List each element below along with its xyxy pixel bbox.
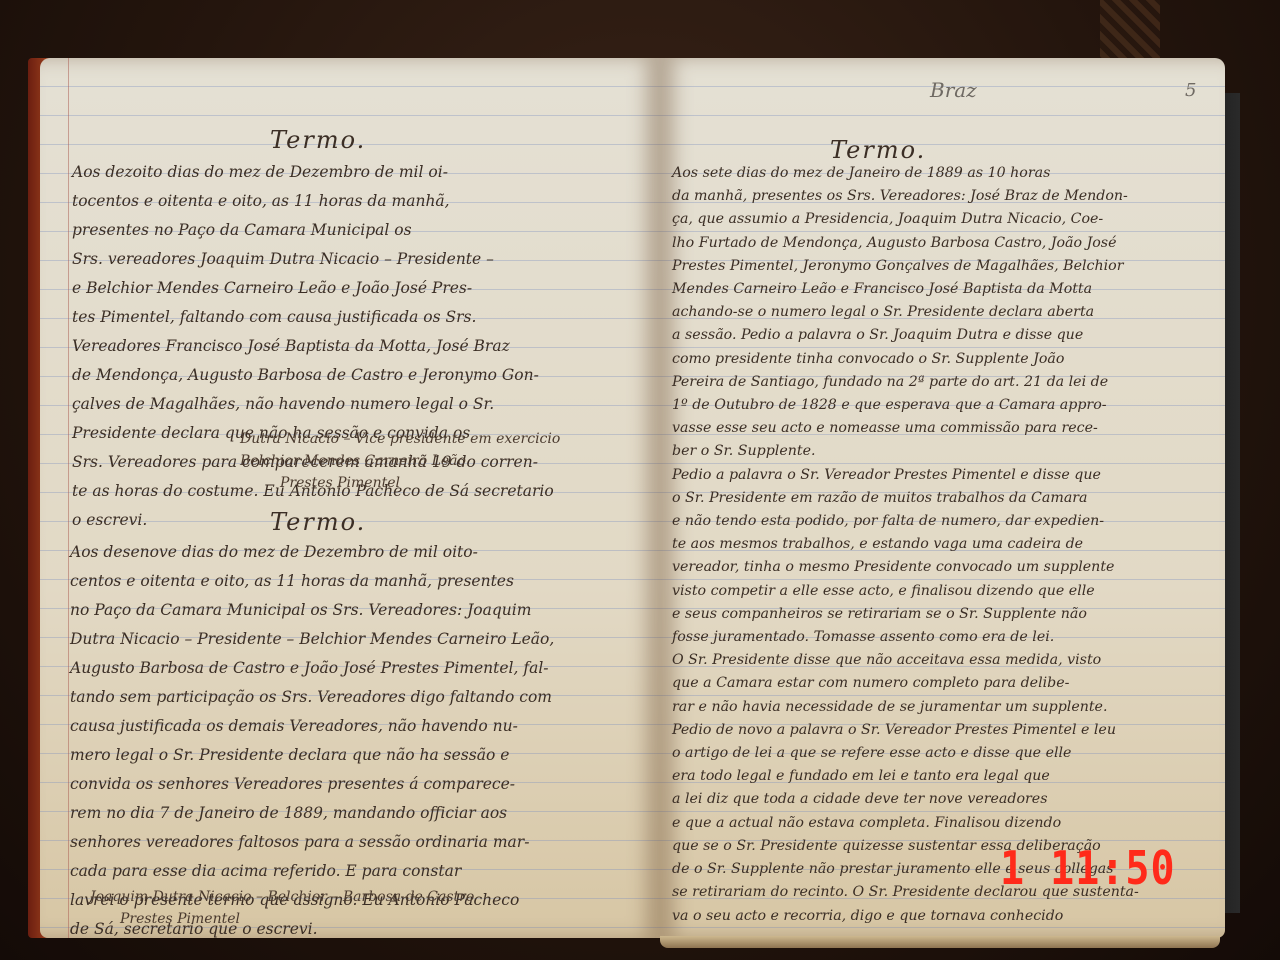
signature: Belchior Mendes Carneiro Leão <box>240 450 560 472</box>
line: fosse juramentado. Tomasse assento como … <box>672 626 1139 649</box>
line: causa justificada os demais Vereadores, … <box>70 712 554 741</box>
entry-title: Termo. <box>830 136 926 164</box>
signature: Dutra Nicacio – Vice presidente em exerc… <box>240 428 560 450</box>
line: tocentos e oitenta e oito, as 11 horas d… <box>72 187 554 216</box>
line: tes Pimentel, faltando com causa justifi… <box>72 303 554 332</box>
line: vasse esse seu acto e nomeasse uma commi… <box>672 417 1139 440</box>
line: a lei diz que toda a cidade deve ter nov… <box>672 788 1139 811</box>
pencil-note: Braz <box>930 78 977 102</box>
line: lho Furtado de Mendonça, Augusto Barbosa… <box>672 232 1139 255</box>
right-page: Braz 5 Termo. Aos sete dias do mez de Ja… <box>660 58 1225 938</box>
line: Mendes Carneiro Leão e Francisco José Ba… <box>672 278 1139 301</box>
line: centos e oitenta e oito, as 11 horas da … <box>70 567 554 596</box>
line: Dutra Nicacio – Presidente – Belchior Me… <box>70 625 554 654</box>
entry2-title: Termo. <box>270 508 366 536</box>
line: Vereadores Francisco José Baptista da Mo… <box>72 332 554 361</box>
line: o Sr. Presidente em razão de muitos trab… <box>672 487 1139 510</box>
line: da manhã, presentes os Srs. Vereadores: … <box>672 185 1139 208</box>
line: Aos sete dias do mez de Janeiro de 1889 … <box>672 162 1139 185</box>
line: Aos dezoito dias do mez de Dezembro de m… <box>72 158 554 187</box>
line: a sessão. Pedio a palavra o Sr. Joaquim … <box>672 324 1139 347</box>
line: mero legal o Sr. Presidente declara que … <box>70 741 554 770</box>
line: Pedio a palavra o Sr. Vereador Prestes P… <box>672 464 1139 487</box>
line: ça, que assumio a Presidencia, Joaquim D… <box>672 208 1139 231</box>
line: e seus companheiros se retirariam se o S… <box>672 603 1139 626</box>
entry1-title: Termo. <box>270 126 366 154</box>
page-number: 5 <box>1185 80 1196 101</box>
entry-text: Aos sete dias do mez de Janeiro de 1889 … <box>672 162 1139 928</box>
line: que a Camara estar com numero completo p… <box>672 672 1139 695</box>
line: e não tendo esta podido, por falta de nu… <box>672 510 1139 533</box>
signature: Prestes Pimentel <box>240 472 560 494</box>
line: Augusto Barbosa de Castro e João José Pr… <box>70 654 554 683</box>
line: çalves de Magalhães, não havendo numero … <box>72 390 554 419</box>
left-page: Termo. Aos dezoito dias do mez de Dezemb… <box>40 58 660 938</box>
page-stack-edge <box>660 936 1220 948</box>
line: como presidente tinha convocado o Sr. Su… <box>672 348 1139 371</box>
line: Pedio de novo a palavra o Sr. Vereador P… <box>672 719 1139 742</box>
line: O Sr. Presidente disse que não acceitava… <box>672 649 1139 672</box>
line: no Paço da Camara Municipal os Srs. Vere… <box>70 596 554 625</box>
line: te aos mesmos trabalhos, e estando vaga … <box>672 533 1139 556</box>
line: e Belchior Mendes Carneiro Leão e João J… <box>72 274 554 303</box>
signature: Joaquim Dutra Nicacio – Belchior – Barbo… <box>90 886 474 908</box>
entry2-text: Aos desenove dias do mez de Dezembro de … <box>70 538 554 938</box>
line: vereador, tinha o mesmo Presidente convo… <box>672 556 1139 579</box>
entry2-signatures: Joaquim Dutra Nicacio – Belchior – Barbo… <box>90 886 474 930</box>
line: presentes no Paço da Camara Municipal os <box>72 216 554 245</box>
line: senhores vereadores faltosos para a sess… <box>70 828 554 857</box>
line: tando sem participação os Srs. Vereadore… <box>70 683 554 712</box>
camera-timestamp-overlay: 1 11:50 <box>1000 843 1176 896</box>
line: rar e não havia necessidade de se jurame… <box>672 696 1139 719</box>
line: visto competir a elle esse acto, e final… <box>672 580 1139 603</box>
signature: Prestes Pimentel <box>90 908 474 930</box>
line: achando-se o numero legal o Sr. Presiden… <box>672 301 1139 324</box>
line: cada para esse dia acima referido. E par… <box>70 857 554 886</box>
line: ber o Sr. Supplente. <box>672 440 1139 463</box>
line: Srs. vereadores Joaquim Dutra Nicacio – … <box>72 245 554 274</box>
line: va o seu acto e recorria, digo e que tor… <box>672 905 1139 928</box>
line: rem no dia 7 de Janeiro de 1889, mandand… <box>70 799 554 828</box>
line: de Mendonça, Augusto Barbosa de Castro e… <box>72 361 554 390</box>
entry1-signatures: Dutra Nicacio – Vice presidente em exerc… <box>240 428 560 494</box>
line: Aos desenove dias do mez de Dezembro de … <box>70 538 554 567</box>
open-ledger-book: Termo. Aos dezoito dias do mez de Dezemb… <box>28 58 1228 948</box>
line: convida os senhores Vereadores presentes… <box>70 770 554 799</box>
line: Pereira de Santiago, fundado na 2ª parte… <box>672 371 1139 394</box>
line: era todo legal e fundado em lei e tanto … <box>672 765 1139 788</box>
line: Prestes Pimentel, Jeronymo Gonçalves de … <box>672 255 1139 278</box>
line: o artigo de lei a que se refere esse act… <box>672 742 1139 765</box>
line: 1º de Outubro de 1828 e que esperava que… <box>672 394 1139 417</box>
margin-line <box>68 58 69 938</box>
line: e que a actual não estava completa. Fina… <box>672 812 1139 835</box>
